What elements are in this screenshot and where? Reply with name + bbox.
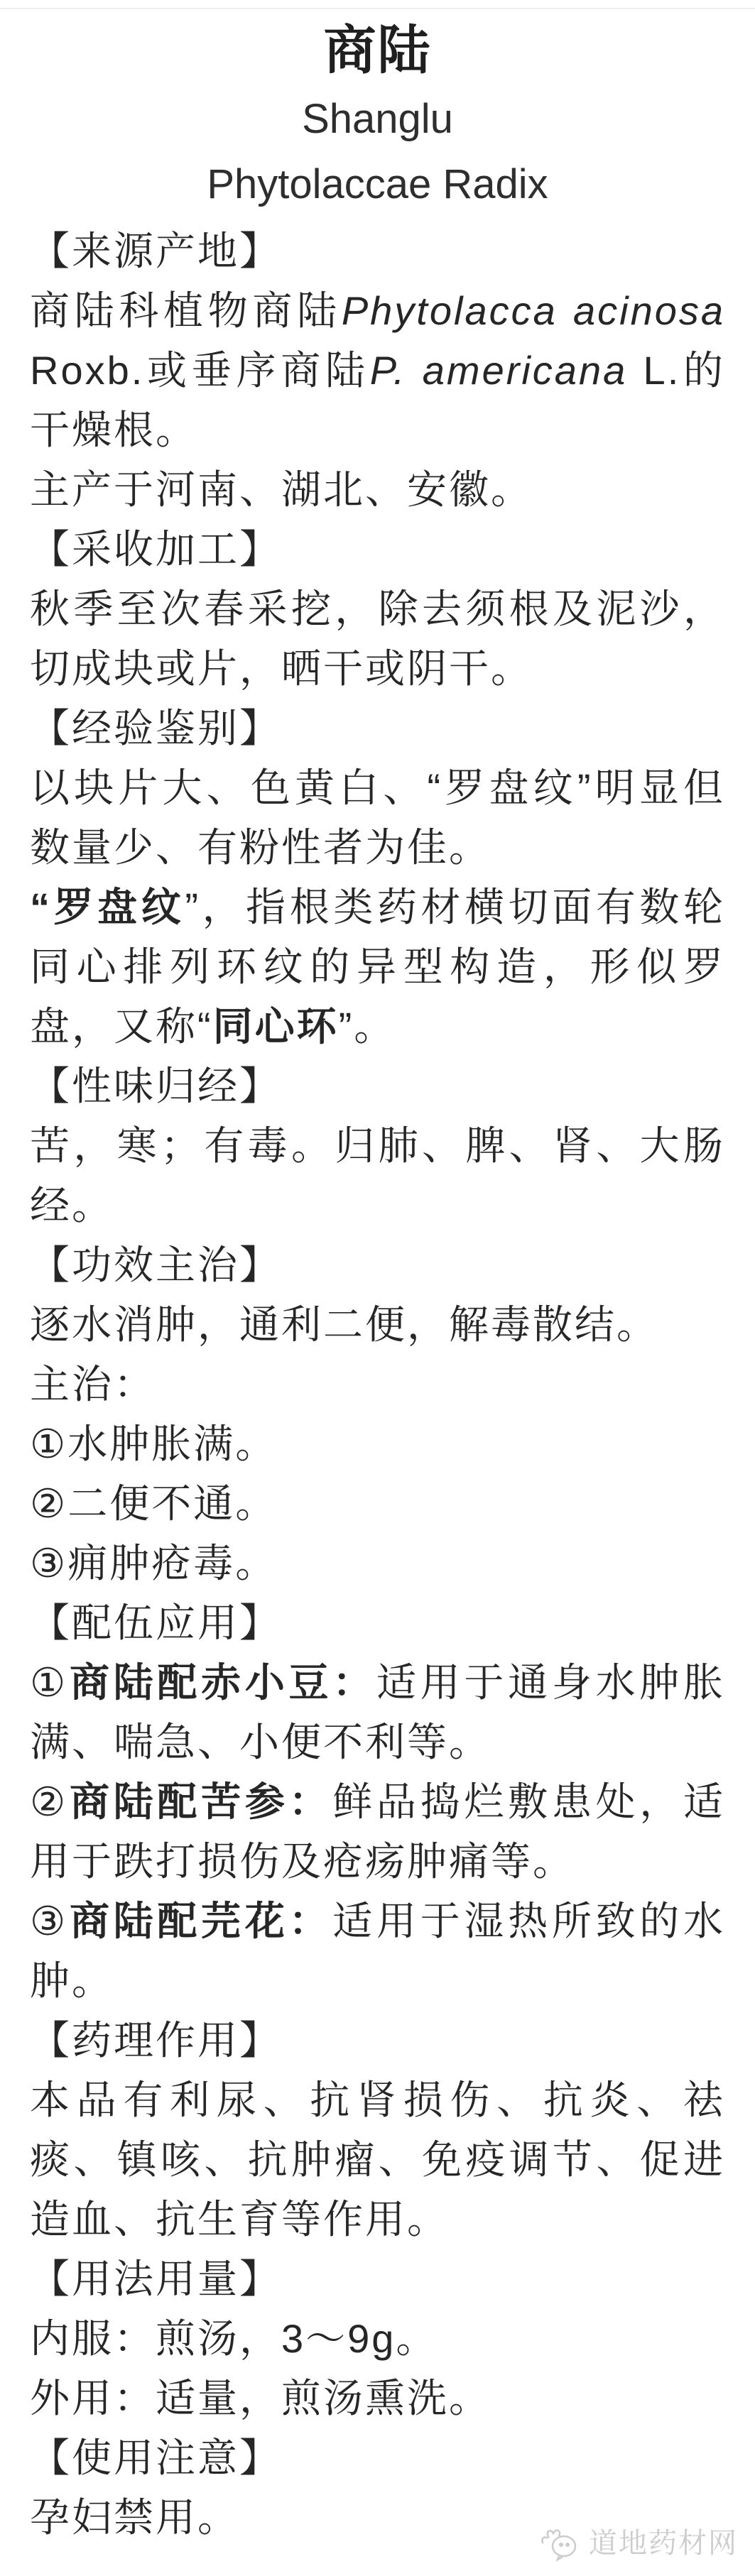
latin-name-run: Phytolacca acinosa bbox=[342, 288, 725, 333]
paragraph: 主治： bbox=[30, 1355, 725, 1414]
watermark: 道地药材网 bbox=[541, 2525, 738, 2562]
paragraph: ②商陆配苦参：鲜品捣烂敷患处，适用于跌打损伤及疮疡肿痛等。 bbox=[30, 1772, 725, 1892]
paragraph: 秋季至次春采挖，除去须根及泥沙，切成块或片，晒干或阴干。 bbox=[30, 579, 725, 699]
text-run: 苦，寒；有毒。归肺、脾、肾、大肠经。 bbox=[30, 1123, 725, 1228]
text-run: 【采收加工】 bbox=[30, 527, 281, 572]
page-title-pinyin: Shanglu bbox=[0, 87, 755, 152]
section-heading: 【药理作用】 bbox=[30, 2011, 725, 2070]
paragraph: 苦，寒；有毒。归肺、脾、肾、大肠经。 bbox=[30, 1116, 725, 1235]
text-run: 主产于河南、湖北、安徽。 bbox=[30, 467, 533, 512]
page-title: 商陆 bbox=[0, 14, 755, 87]
bold-run: 商陆配赤小豆： bbox=[70, 1660, 376, 1705]
bold-run: 商陆配芫花： bbox=[70, 1899, 332, 1943]
article-page: 商陆 Shanglu Phytolaccae Radix 【来源产地】商陆科植物… bbox=[0, 0, 755, 2576]
text-run: 【用法用量】 bbox=[30, 2256, 281, 2301]
text-run: 逐水消肿，通利二便，解毒散结。 bbox=[30, 1302, 658, 1347]
section-heading: 【经验鉴别】 bbox=[30, 699, 725, 758]
section-heading: 【用法用量】 bbox=[30, 2249, 725, 2309]
text-run: 孕妇禁用。 bbox=[30, 2495, 239, 2540]
text-run: 【经验鉴别】 bbox=[30, 706, 281, 751]
text-run: 【来源产地】 bbox=[30, 229, 281, 273]
text-run: 【配伍应用】 bbox=[30, 1600, 281, 1645]
watermark-text: 道地药材网 bbox=[589, 2529, 738, 2558]
paragraph: 逐水消肿，通利二便，解毒散结。 bbox=[30, 1295, 725, 1355]
text-run: ③痈肿疮毒。 bbox=[30, 1541, 277, 1586]
paragraph: 商陆科植物商陆Phytolacca acinosa Roxb.或垂序商陆P. a… bbox=[30, 281, 725, 460]
text-run: ”。 bbox=[339, 1004, 396, 1049]
bold-run: “罗盘纹 bbox=[30, 885, 185, 929]
paragraph: “罗盘纹”，指根类药材横切面有数轮同心排列环纹的异型构造，形似罗盘，又称“同心环… bbox=[30, 878, 725, 1057]
text-run: 商陆科植物商陆 bbox=[30, 288, 342, 333]
section-heading: 【性味归经】 bbox=[30, 1057, 725, 1116]
section-heading: 【配伍应用】 bbox=[30, 1593, 725, 1653]
paragraph: ①水肿胀满。 bbox=[30, 1414, 725, 1474]
text-run: 【性味归经】 bbox=[30, 1064, 281, 1108]
paragraph: ②二便不通。 bbox=[30, 1474, 725, 1534]
text-run: ① bbox=[30, 1660, 70, 1705]
text-run: 【使用注意】 bbox=[30, 2435, 281, 2480]
latin-name-run: P. americana bbox=[370, 348, 627, 393]
paragraph: 以块片大、色黄白、“罗盘纹”明显但数量少、有粉性者为佳。 bbox=[30, 758, 725, 878]
text-run: ①水肿胀满。 bbox=[30, 1421, 277, 1466]
paragraph: ①商陆配赤小豆：适用于通身水肿胀满、喘急、小便不利等。 bbox=[30, 1653, 725, 1772]
text-run: 以块片大、色黄白、“罗盘纹”明显但数量少、有粉性者为佳。 bbox=[30, 765, 725, 870]
text-run: 内服：煎汤，3～9g。 bbox=[30, 2316, 438, 2361]
mascot-icon bbox=[541, 2525, 582, 2562]
page-title-latin: Phytolaccae Radix bbox=[0, 152, 755, 217]
paragraph: 主产于河南、湖北、安徽。 bbox=[30, 460, 725, 520]
paragraph: ③痈肿疮毒。 bbox=[30, 1534, 725, 1593]
text-run: 外用：适量，煎汤熏洗。 bbox=[30, 2376, 491, 2421]
text-run: 【功效主治】 bbox=[30, 1243, 281, 1287]
section-heading: 【采收加工】 bbox=[30, 520, 725, 579]
section-heading: 【功效主治】 bbox=[30, 1235, 725, 1295]
text-run: 秋季至次春采挖，除去须根及泥沙，切成块或片，晒干或阴干。 bbox=[30, 586, 725, 691]
text-run: 【药理作用】 bbox=[30, 2018, 281, 2063]
paragraph: ③商陆配芫花：适用于湿热所致的水肿。 bbox=[30, 1892, 725, 2011]
bold-run: 同心环 bbox=[213, 1004, 339, 1049]
text-run: ② bbox=[30, 1779, 70, 1824]
text-run: 本品有利尿、抗肾损伤、抗炎、祛痰、镇咳、抗肿瘤、免疫调节、促进造血、抗生育等作用… bbox=[30, 2078, 725, 2242]
top-divider bbox=[0, 8, 755, 9]
text-run: Roxb.或垂序商陆 bbox=[30, 348, 370, 393]
document-body: 【来源产地】商陆科植物商陆Phytolacca acinosa Roxb.或垂序… bbox=[0, 217, 755, 2548]
text-run: ③ bbox=[30, 1899, 70, 1943]
paragraph: 内服：煎汤，3～9g。 bbox=[30, 2309, 725, 2369]
title-block: 商陆 Shanglu Phytolaccae Radix bbox=[0, 0, 755, 217]
text-run: ②二便不通。 bbox=[30, 1481, 277, 1526]
text-run: 主治： bbox=[30, 1362, 156, 1407]
paragraph: 本品有利尿、抗肾损伤、抗炎、祛痰、镇咳、抗肿瘤、免疫调节、促进造血、抗生育等作用… bbox=[30, 2070, 725, 2249]
paragraph: 外用：适量，煎汤熏洗。 bbox=[30, 2369, 725, 2428]
section-heading: 【使用注意】 bbox=[30, 2428, 725, 2488]
bold-run: 商陆配苦参： bbox=[70, 1779, 332, 1824]
section-heading: 【来源产地】 bbox=[30, 222, 725, 281]
